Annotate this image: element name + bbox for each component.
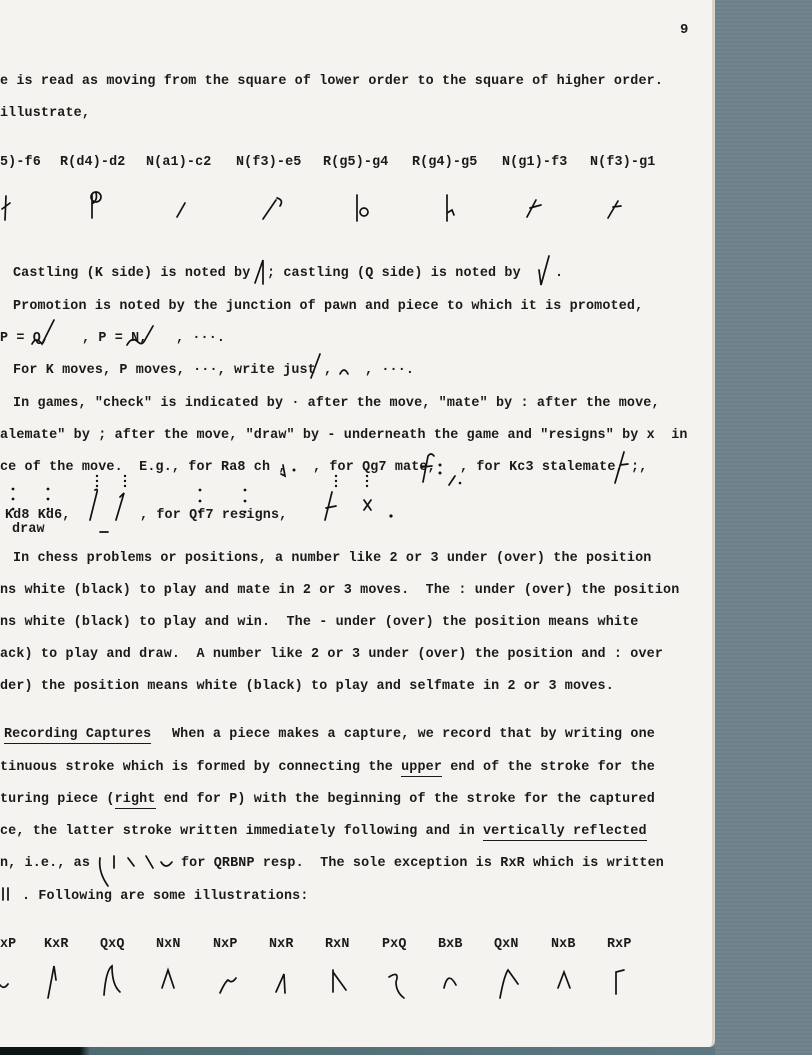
games-example-resigns: , for Qf7 resigns,: [140, 508, 287, 523]
capture-example: xP: [0, 937, 16, 952]
text-line: turing piece (right end for P) with the …: [0, 792, 655, 807]
capture-example: NxN: [156, 937, 181, 952]
text-line: ns white (black) to play and mate in 2 o…: [0, 583, 679, 598]
promo-example-a: P = Q,: [0, 331, 49, 346]
games-example-a: ce of the move. E.g., for Ra8 ch ,: [0, 460, 287, 475]
text-line: ack) to play and draw. A number like 2 o…: [0, 647, 663, 662]
move-example: R(g5)-g4: [323, 155, 389, 170]
text-line: When a piece makes a capture, we record …: [172, 727, 655, 742]
castling-text-b: ; castling (Q side) is noted by: [267, 266, 521, 281]
capture-example: RxN: [325, 937, 350, 952]
kmoves-text-b: ,: [324, 363, 332, 378]
document-page: 9 e is read as moving from the square of…: [0, 0, 715, 1047]
text-line: In games, "check" is indicated by · afte…: [13, 396, 660, 411]
move-example: R(g4)-g5: [412, 155, 478, 170]
capture-stroke-icons: [0, 966, 624, 998]
promo-example-c: , ···.: [176, 331, 225, 346]
text-line: illustrate,: [0, 106, 90, 121]
text-line: e is read as moving from the square of l…: [0, 74, 663, 89]
games-example-kd: Kd8 Kd6,: [5, 508, 71, 523]
move-example: N(f3)-g1: [590, 155, 656, 170]
games-example-b: , for Qg7 mate,: [313, 460, 436, 475]
castling-text-a: Castling (K side) is noted by: [13, 266, 250, 281]
games-example-d: ;,: [631, 460, 647, 475]
capture-example: QxQ: [100, 937, 125, 952]
capture-example: QxN: [494, 937, 519, 952]
scanner-bottom-edge: [0, 1047, 715, 1055]
move-example: R(d4)-d2: [60, 155, 126, 170]
capture-example: PxQ: [382, 937, 407, 952]
castling-k-icon: [255, 260, 263, 284]
capture-example: BxB: [438, 937, 463, 952]
page-number: 9: [680, 22, 688, 38]
move-example: 5)-f6: [0, 155, 41, 170]
text-line: der) the position means white (black) to…: [0, 679, 614, 694]
promo-example-b: , P = N,: [82, 331, 148, 346]
text-line: alemate" by ; after the move, "draw" by …: [0, 428, 688, 443]
text-line: Promotion is noted by the junction of pa…: [13, 299, 643, 314]
captures-heading: Recording Captures: [4, 727, 151, 744]
move-example: N(f3)-e5: [236, 155, 302, 170]
games-example-draw: draw: [12, 522, 45, 537]
text-line: In chess problems or positions, a number…: [13, 551, 651, 566]
capture-example: NxR: [269, 937, 294, 952]
move-example: N(a1)-c2: [146, 155, 212, 170]
capture-example: NxB: [551, 937, 576, 952]
move-stroke-icon: [2, 192, 621, 221]
scanner-background: [715, 0, 812, 1055]
text-line: ns white (black) to play and win. The - …: [0, 615, 638, 630]
section-heading: Recording Captures: [4, 727, 151, 742]
pawn-move-icon: [340, 370, 348, 374]
captures-text-b: for QRBNP resp. The sole exception is Rx…: [181, 856, 664, 871]
capture-example: RxP: [607, 937, 632, 952]
draw-resign-icons: [12, 475, 393, 532]
text-line: ce, the latter stroke written immediatel…: [0, 824, 647, 839]
games-example-c: , for Kc3 stalemate,: [460, 460, 624, 475]
kmoves-text-a: For K moves, P moves, ···, write just: [13, 363, 316, 378]
text-line: tinuous stroke which is formed by connec…: [0, 760, 655, 775]
kmoves-text-c: , ···.: [365, 363, 414, 378]
capture-example: KxR: [44, 937, 69, 952]
castling-q-icon: [539, 256, 549, 285]
capture-example: NxP: [213, 937, 238, 952]
captures-text-a: n, i.e., as: [0, 856, 90, 871]
move-example: N(g1)-f3: [502, 155, 568, 170]
text-line: . Following are some illustrations:: [22, 889, 309, 904]
castling-text-c: .: [555, 266, 563, 281]
